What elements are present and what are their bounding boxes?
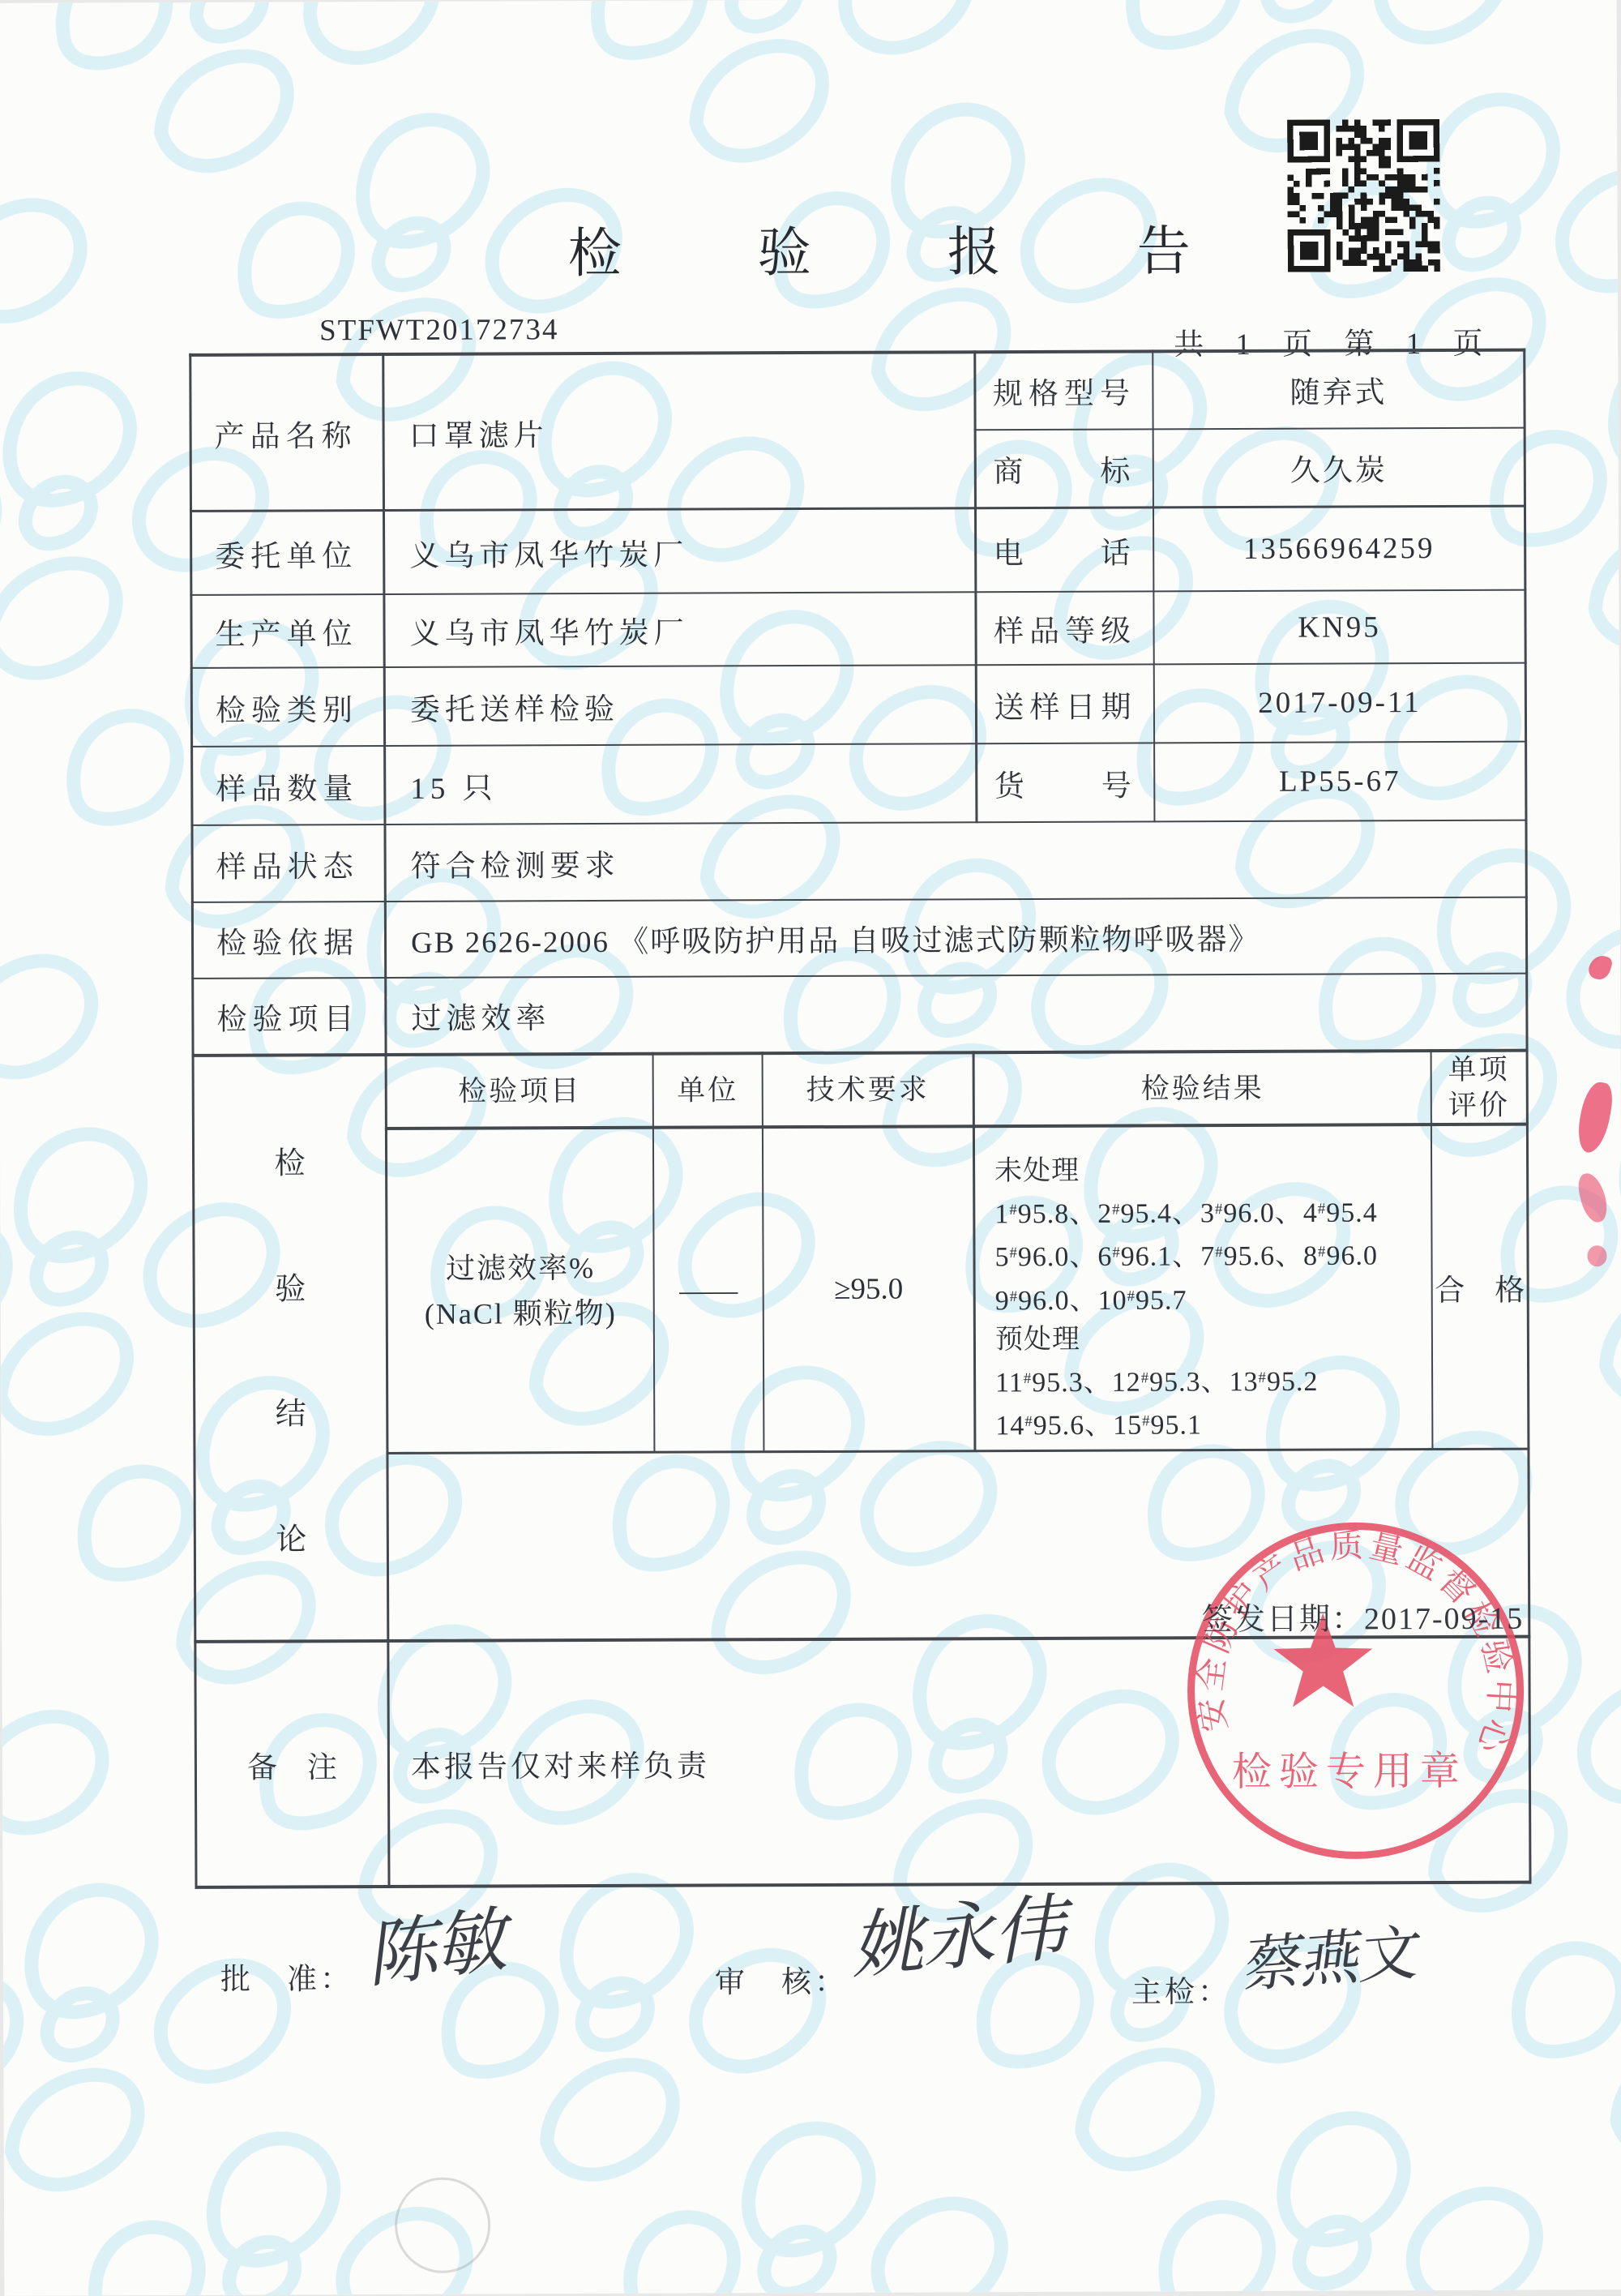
inspection-category-label: 检验类别: [190, 668, 383, 746]
remark-label: 备 注: [196, 1643, 387, 1886]
result-values-cell: 未处理1#95.8、2#95.4、3#96.0、4#95.45#96.0、6#9…: [975, 1126, 1432, 1450]
red-ink-fragment: [1587, 1245, 1606, 1266]
qr-code: [1287, 119, 1440, 272]
result-item-name: 过滤效率%: [446, 1245, 595, 1291]
result-requirement-cell: ≥95.0: [763, 1128, 974, 1450]
product-name-label: 产品名称: [189, 354, 383, 512]
article-no-label: 货 号: [977, 743, 1153, 821]
sample-quantity-value: 15 只: [386, 744, 975, 824]
inspection-basis-value: GB 2626-2006 《呼吸防护用品 自吸过滤式防颗粒物呼吸器》: [387, 898, 1525, 977]
issue-date: 签发日期：2017-09-15: [1135, 1593, 1524, 1639]
result-unit-cell: ——: [654, 1129, 763, 1451]
chief-label: 主检：: [1131, 1967, 1231, 2011]
conclusion-vertical-label: 检 验 结 论: [195, 1056, 387, 1640]
manufacturer-value: 义乌市凤华竹炭厂: [385, 593, 974, 666]
result-col-result: 检验结果: [975, 1052, 1431, 1124]
result-col-unit: 单位: [654, 1055, 762, 1126]
sample-state-value: 符合检测要求: [386, 821, 1525, 901]
client-value: 义乌市凤华竹炭厂: [385, 509, 974, 593]
sample-quantity-label: 样品数量: [190, 747, 383, 825]
result-item-cell: 过滤效率% (NaCl 颗粒物): [387, 1129, 654, 1452]
phone-label: 电 话: [977, 508, 1153, 591]
conclusion-char: 检: [274, 1137, 305, 1182]
reviewer-signature: 姚永伟: [849, 1866, 1082, 1994]
spec-model-value: 随弃式: [1153, 350, 1523, 430]
sample-state-label: 样品状态: [190, 825, 383, 902]
trademark-label: 商 标: [977, 430, 1153, 507]
phone-value: 13566964259: [1154, 508, 1524, 591]
conclusion-char: 验: [275, 1263, 306, 1308]
conclusion-char: 论: [276, 1514, 306, 1559]
product-name-value: 口罩滤片: [384, 352, 974, 511]
result-col-requirement: 技术要求: [763, 1054, 973, 1125]
inspection-basis-label: 检验依据: [191, 902, 384, 978]
faint-pencil-circle: [395, 2178, 490, 2273]
inspection-category-value: 委托送样检验: [386, 666, 975, 745]
inspection-report-page: 检验报告 STFWT20172734 共 1 页 第 1 页 产品名称 口罩滤片…: [0, 0, 1621, 2296]
trademark-value: 久久炭: [1154, 429, 1524, 507]
approve-label: 批 准：: [220, 1954, 353, 1998]
result-item-subname: (NaCl 颗粒物): [425, 1290, 617, 1336]
approver-signature: 陈敏: [366, 1880, 517, 2003]
document-title: 检验报告: [568, 208, 1327, 288]
sample-grade-label: 样品等级: [977, 592, 1153, 664]
sample-date-value: 2017-09-11: [1155, 664, 1525, 743]
result-verdict-cell: 合 格: [1432, 1126, 1528, 1448]
chief-inspector-signature: 蔡燕文: [1239, 1904, 1426, 2004]
spec-model-label: 规格型号: [976, 351, 1152, 430]
review-label: 审 核：: [715, 1957, 848, 2002]
sample-grade-value: KN95: [1154, 591, 1524, 664]
article-no-value: LP55-67: [1155, 743, 1525, 821]
result-col-item: 检验项目: [387, 1056, 652, 1127]
inspection-items-value: 过滤效率: [387, 975, 1525, 1053]
remark-value: 本报告仅对来样负责: [389, 1638, 1529, 1885]
client-label: 委托单位: [190, 512, 383, 594]
sample-date-label: 送样日期: [977, 665, 1153, 743]
report-number: STFWT20172734: [319, 312, 558, 348]
result-col-verdict: 单项评价: [1432, 1052, 1526, 1123]
inspection-items-label: 检验项目: [191, 979, 384, 1054]
manufacturer-label: 生产单位: [190, 595, 383, 667]
conclusion-char: 结: [276, 1389, 306, 1433]
